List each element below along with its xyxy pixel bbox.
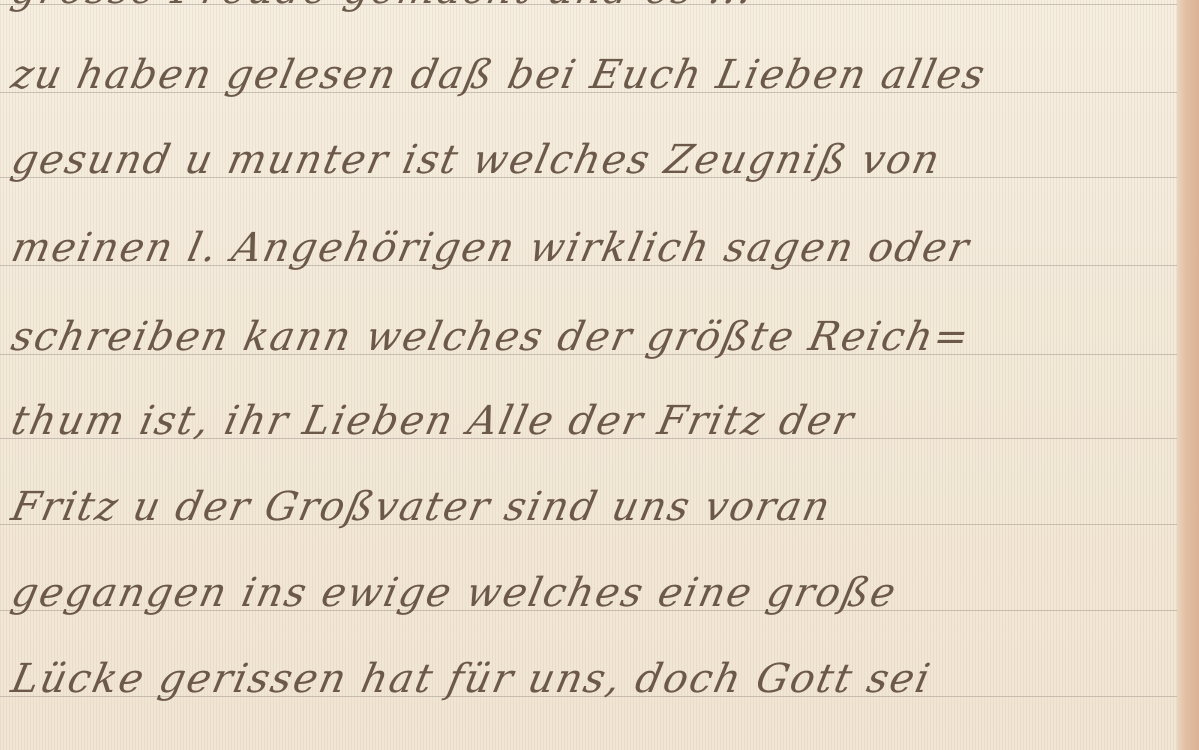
- letter-page: grosse Freude gemacht und es ... zu habe…: [0, 0, 1199, 750]
- handwritten-line: schreiben kann welches der größte Reich=: [8, 317, 1177, 357]
- paper-edge: [1177, 0, 1199, 750]
- handwritten-line: gesund u munter ist welches Zeugniß von: [8, 140, 1177, 180]
- handwritten-line: gegangen ins ewige welches eine große: [8, 573, 1177, 613]
- handwritten-line: grosse Freude gemacht und es ...: [8, 0, 1177, 10]
- handwritten-line: thum ist, ihr Lieben Alle der Fritz der: [8, 401, 1177, 441]
- handwritten-line: zu haben gelesen daß bei Euch Lieben all…: [8, 55, 1177, 95]
- handwritten-line: meinen l. Angehörigen wirklich sagen ode…: [8, 228, 1177, 268]
- handwritten-line: Lücke gerissen hat für uns, doch Gott se…: [8, 659, 1177, 699]
- handwritten-line: Fritz u der Großvater sind uns voran: [8, 487, 1177, 527]
